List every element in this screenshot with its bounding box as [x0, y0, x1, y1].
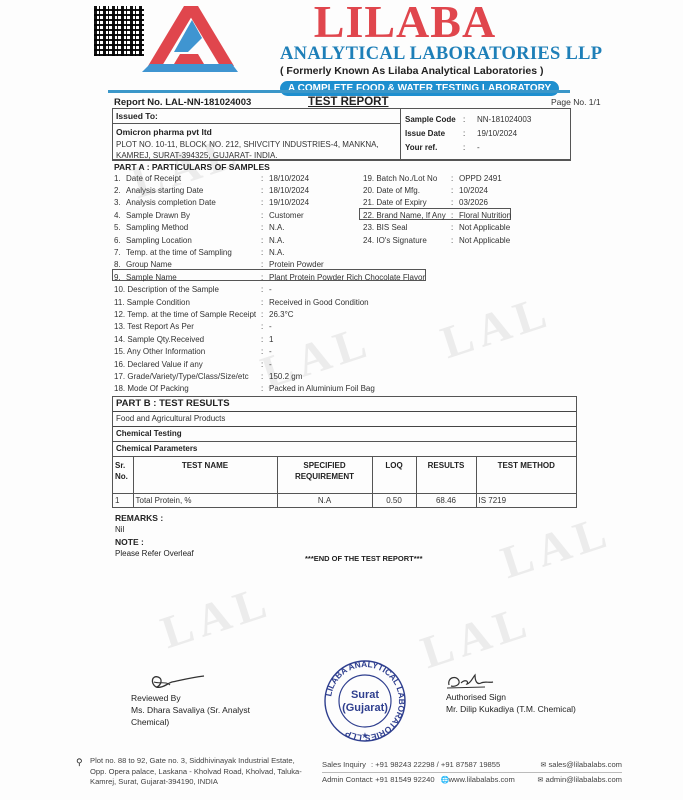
page-number: Page No. 1/1 — [551, 97, 601, 107]
particular-row: 8.Group Name:Protein Powder — [114, 259, 425, 271]
svg-text:★: ★ — [361, 731, 368, 740]
particular-label: 19. Batch No./Lot No — [363, 174, 451, 183]
brand-tagline: A COMPLETE FOOD & WATER TESTING LABORATO… — [280, 81, 559, 96]
particular-row: 17. Grade/Variety/Type/Class/Size/etc:15… — [114, 370, 425, 382]
lab-stamp-icon: LILABA ANALYTICAL LABORATORIES LLP Surat… — [320, 660, 410, 742]
particular-label: Temp. at the time of Sampling — [126, 248, 261, 257]
issued-to-label: Issued To: — [116, 111, 158, 121]
row-number: 5. — [114, 223, 126, 232]
particular-row: 23. BIS Seal:Not Applicable — [363, 222, 511, 234]
row-number: 7. — [114, 248, 126, 257]
parameter-group: Chemical Parameters — [113, 442, 576, 457]
end-of-report: ***END OF THE TEST REPORT*** — [305, 554, 423, 563]
particular-label: Sampling Location — [126, 236, 261, 245]
page-title: TEST REPORT — [308, 96, 389, 108]
brand-subtitle: ANALYTICAL LABORATORIES LLP — [280, 44, 530, 64]
cell-method: IS 7219 — [476, 493, 576, 507]
svg-text:(Gujarat): (Gujarat) — [342, 702, 388, 714]
address-line: Opp. Opera palace, Laskana - Kholvad Roa… — [90, 767, 316, 778]
row-number: 3. — [114, 198, 126, 207]
particular-value: - — [269, 285, 272, 294]
particular-value: Received in Good Condition — [269, 298, 369, 307]
row-number: 2. — [114, 186, 126, 195]
note-value: Please Refer Overleaf — [115, 548, 194, 560]
particular-label: 22. Brand Name, If Any — [363, 211, 451, 220]
footer-contact: Sales Inquiry : +91 98243 22298 / +91 87… — [322, 758, 622, 787]
watermark: LAL — [155, 574, 278, 659]
authoriser-block: Authorised Sign Mr. Dilip Kukadiya (T.M.… — [446, 691, 576, 715]
row-number: 9. — [114, 273, 126, 282]
particulars-right: 19. Batch No./Lot No:OPPD 249120. Date o… — [363, 172, 511, 246]
authoriser-signature-icon — [445, 671, 495, 691]
particular-value: 19/10/2024 — [269, 198, 309, 207]
particular-value: 26.3°C — [269, 310, 294, 319]
sample-code-row: Sample Code:NN-181024003 — [405, 112, 570, 126]
reviewer-signature-icon — [148, 673, 208, 693]
test-results: PART B : TEST RESULTS Food and Agricultu… — [112, 396, 577, 508]
sample-info: Sample Code:NN-181024003 Issue Date:19/1… — [405, 112, 570, 154]
particular-label: Sample Name — [126, 273, 261, 282]
particular-row: 22. Brand Name, If Any:Floral Nutrition — [363, 209, 511, 221]
particular-value: 150.2 gm — [269, 372, 302, 381]
remarks-value: Nil — [115, 524, 194, 536]
particular-value: Floral Nutrition — [459, 211, 511, 220]
col-loq: LOQ — [372, 457, 416, 493]
particular-row: 10. Description of the Sample:- — [114, 284, 425, 296]
particular-row: 15. Any Other Information:- — [114, 345, 425, 357]
row-number: 6. — [114, 236, 126, 245]
particular-value: N.A. — [269, 248, 285, 257]
particular-value: 10/2024 — [459, 186, 488, 195]
particular-value: N.A. — [269, 236, 285, 245]
sales-email-link[interactable]: sales@lilabalabs.com — [548, 760, 622, 769]
report-number: Report No. LAL-NN-181024003 — [114, 97, 251, 108]
watermark: LAL — [415, 594, 538, 679]
note-label: NOTE : — [115, 536, 194, 548]
particular-row: 24. IO's Signature:Not Applicable — [363, 234, 511, 246]
col-sr-no: Sr. No. — [113, 457, 133, 493]
reviewer-label: Reviewed By — [131, 692, 250, 704]
field-label: Your ref. — [405, 143, 463, 152]
globe-icon: 🌐 — [441, 774, 449, 787]
particular-label: Sampling Method — [126, 223, 261, 232]
sales-phone: : +91 98243 22298 / +91 87587 19855 — [371, 758, 500, 772]
reviewer-block: Reviewed By Ms. Dhara Savaliya (Sr. Anal… — [131, 692, 250, 728]
cell-test-name: Total Protein, % — [133, 493, 277, 507]
particular-row: 21. Date of Expiry:03/2026 — [363, 197, 511, 209]
particular-label: Date of Receipt — [126, 174, 261, 183]
col-results: RESULTS — [416, 457, 476, 493]
particular-label: 12. Temp. at the time of Sample Receipt — [114, 310, 261, 319]
cell-result: 68.46 — [416, 493, 476, 507]
cell-loq: 0.50 — [372, 493, 416, 507]
col-test-name: TEST NAME — [133, 457, 277, 493]
particular-value: - — [269, 347, 272, 356]
row-number: 8. — [114, 260, 126, 269]
particular-value: - — [269, 360, 272, 369]
cell-requirement: N.A — [277, 493, 372, 507]
brand-formerly: ( Formerly Known As Lilaba Analytical La… — [280, 64, 530, 78]
particular-label: 23. BIS Seal — [363, 223, 451, 232]
product-category: Food and Agricultural Products — [113, 412, 576, 427]
lab-logo-icon — [140, 2, 240, 74]
particular-label: Analysis starting Date — [126, 186, 261, 195]
particular-value: Not Applicable — [459, 236, 510, 245]
particular-label: 24. IO's Signature — [363, 236, 451, 245]
issued-address: PLOT NO. 10-11, BLOCK NO. 212, SHIVCITY … — [116, 139, 396, 161]
report-number-value: LAL-NN-181024003 — [165, 97, 251, 108]
row-number: 4. — [114, 211, 126, 220]
particular-label: Analysis completion Date — [126, 198, 261, 207]
field-value: NN-181024003 — [477, 115, 531, 124]
col-test-method: TEST METHOD — [476, 457, 576, 493]
website-link[interactable]: www.lilabalabs.com — [449, 775, 515, 784]
particular-value: OPPD 2491 — [459, 174, 502, 183]
qr-code — [94, 6, 144, 56]
sales-label: Sales Inquiry — [322, 758, 371, 772]
header-rule — [108, 90, 570, 93]
address-line: Kamrej, Surat, Gujarat-394190, INDIA — [90, 777, 316, 788]
particular-label: 20. Date of Mfg. — [363, 186, 451, 195]
particular-label: 10. Description of the Sample — [114, 285, 261, 294]
particular-value: Plant Protein Powder Rich Chocolate Flav… — [269, 273, 425, 282]
particular-value: 03/2026 — [459, 198, 488, 207]
testing-type: Chemical Testing — [113, 427, 576, 442]
address-line: PLOT NO. 10-11, BLOCK NO. 212, SHIVCITY … — [116, 139, 396, 150]
issue-date-row: Issue Date:19/10/2024 — [405, 126, 570, 140]
svg-text:Surat: Surat — [351, 689, 379, 701]
particular-row: 20. Date of Mfg.:10/2024 — [363, 184, 511, 196]
particular-value: Customer — [269, 211, 304, 220]
reviewer-name: Ms. Dhara Savaliya (Sr. Analyst — [131, 704, 250, 716]
footer-address: ⚲ Plot no. 88 to 92, Gate no. 3, Siddhiv… — [76, 756, 316, 788]
particular-value: - — [269, 322, 272, 331]
brand-name: LILABA — [280, 0, 530, 44]
results-table: Sr. No. TEST NAME SPECIFIED REQUIREMENT … — [113, 457, 576, 507]
particular-row: 7.Temp. at the time of Sampling:N.A. — [114, 246, 425, 258]
remarks-label: REMARKS : — [115, 512, 194, 524]
admin-email-link[interactable]: admin@lilabalabs.com — [545, 775, 622, 784]
watermark: LAL — [495, 504, 618, 589]
issued-company: Omicron pharma pvt ltd — [116, 127, 212, 137]
particular-row: 9.Sample Name:Plant Protein Powder Rich … — [114, 271, 425, 283]
report-number-label: Report No. — [114, 97, 163, 108]
authoriser-name: Mr. Dilip Kukadiya (T.M. Chemical) — [446, 703, 576, 715]
field-value: 19/10/2024 — [477, 129, 517, 138]
admin-label: Admin Contact — [322, 773, 371, 787]
particular-label: 17. Grade/Variety/Type/Class/Size/etc — [114, 372, 261, 381]
row-number: 1. — [114, 174, 126, 183]
svg-text:LILABA ANALYTICAL LABORATORIES: LILABA ANALYTICAL LABORATORIES LLP — [323, 660, 407, 742]
particular-value: 18/10/2024 — [269, 186, 309, 195]
particular-row: 12. Temp. at the time of Sample Receipt:… — [114, 308, 425, 320]
particular-label: 16. Declared Value if any — [114, 360, 261, 369]
field-label: Issue Date — [405, 129, 463, 138]
table-row: 1Total Protein, %N.A0.5068.46IS 7219 — [113, 493, 576, 507]
particular-value: Not Applicable — [459, 223, 510, 232]
particular-row: 16. Declared Value if any:- — [114, 358, 425, 370]
particular-label: 18. Mode Of Packing — [114, 384, 261, 393]
particular-value: N.A. — [269, 223, 285, 232]
location-pin-icon: ⚲ — [76, 757, 83, 768]
particular-label: 13. Test Report As Per — [114, 322, 261, 331]
particular-label: 15. Any Other Information — [114, 347, 261, 356]
field-label: Sample Code — [405, 115, 463, 124]
cell-sr: 1 — [113, 493, 133, 507]
particular-label: Sample Drawn By — [126, 211, 261, 220]
particular-value: 1 — [269, 335, 273, 344]
field-value: - — [477, 143, 480, 152]
particular-value: 18/10/2024 — [269, 174, 309, 183]
issued-to-box: Issued To: Omicron pharma pvt ltd PLOT N… — [112, 108, 571, 160]
particular-label: 11. Sample Condition — [114, 298, 261, 307]
particular-row: 19. Batch No./Lot No:OPPD 2491 — [363, 172, 511, 184]
particular-value: Protein Powder — [269, 260, 324, 269]
col-specified-requirement: SPECIFIED REQUIREMENT — [277, 457, 372, 493]
part-b-title: PART B : TEST RESULTS — [113, 397, 576, 412]
your-ref-row: Your ref.:- — [405, 140, 570, 154]
address-line: Plot no. 88 to 92, Gate no. 3, Siddhivin… — [90, 756, 316, 767]
part-a-title: PART A : PARTICULARS OF SAMPLES — [114, 162, 270, 172]
particular-row: 13. Test Report As Per:- — [114, 321, 425, 333]
particular-value: Packed in Aluminium Foil Bag — [269, 384, 375, 393]
admin-phone: : +91 81549 92240 — [371, 773, 435, 787]
watermark: LAL — [435, 284, 558, 369]
particular-row: 14. Sample Qty.Received:1 — [114, 333, 425, 345]
letterhead: LILABA ANALYTICAL LABORATORIES LLP ( For… — [230, 0, 530, 96]
particular-label: 14. Sample Qty.Received — [114, 335, 261, 344]
authoriser-label: Authorised Sign — [446, 691, 576, 703]
remarks-section: REMARKS : Nil NOTE : Please Refer Overle… — [115, 512, 194, 560]
particular-row: 11. Sample Condition:Received in Good Co… — [114, 296, 425, 308]
particular-label: Group Name — [126, 260, 261, 269]
reviewer-name: Chemical) — [131, 716, 250, 728]
particular-row: 18. Mode Of Packing:Packed in Aluminium … — [114, 383, 425, 395]
particular-label: 21. Date of Expiry — [363, 198, 451, 207]
